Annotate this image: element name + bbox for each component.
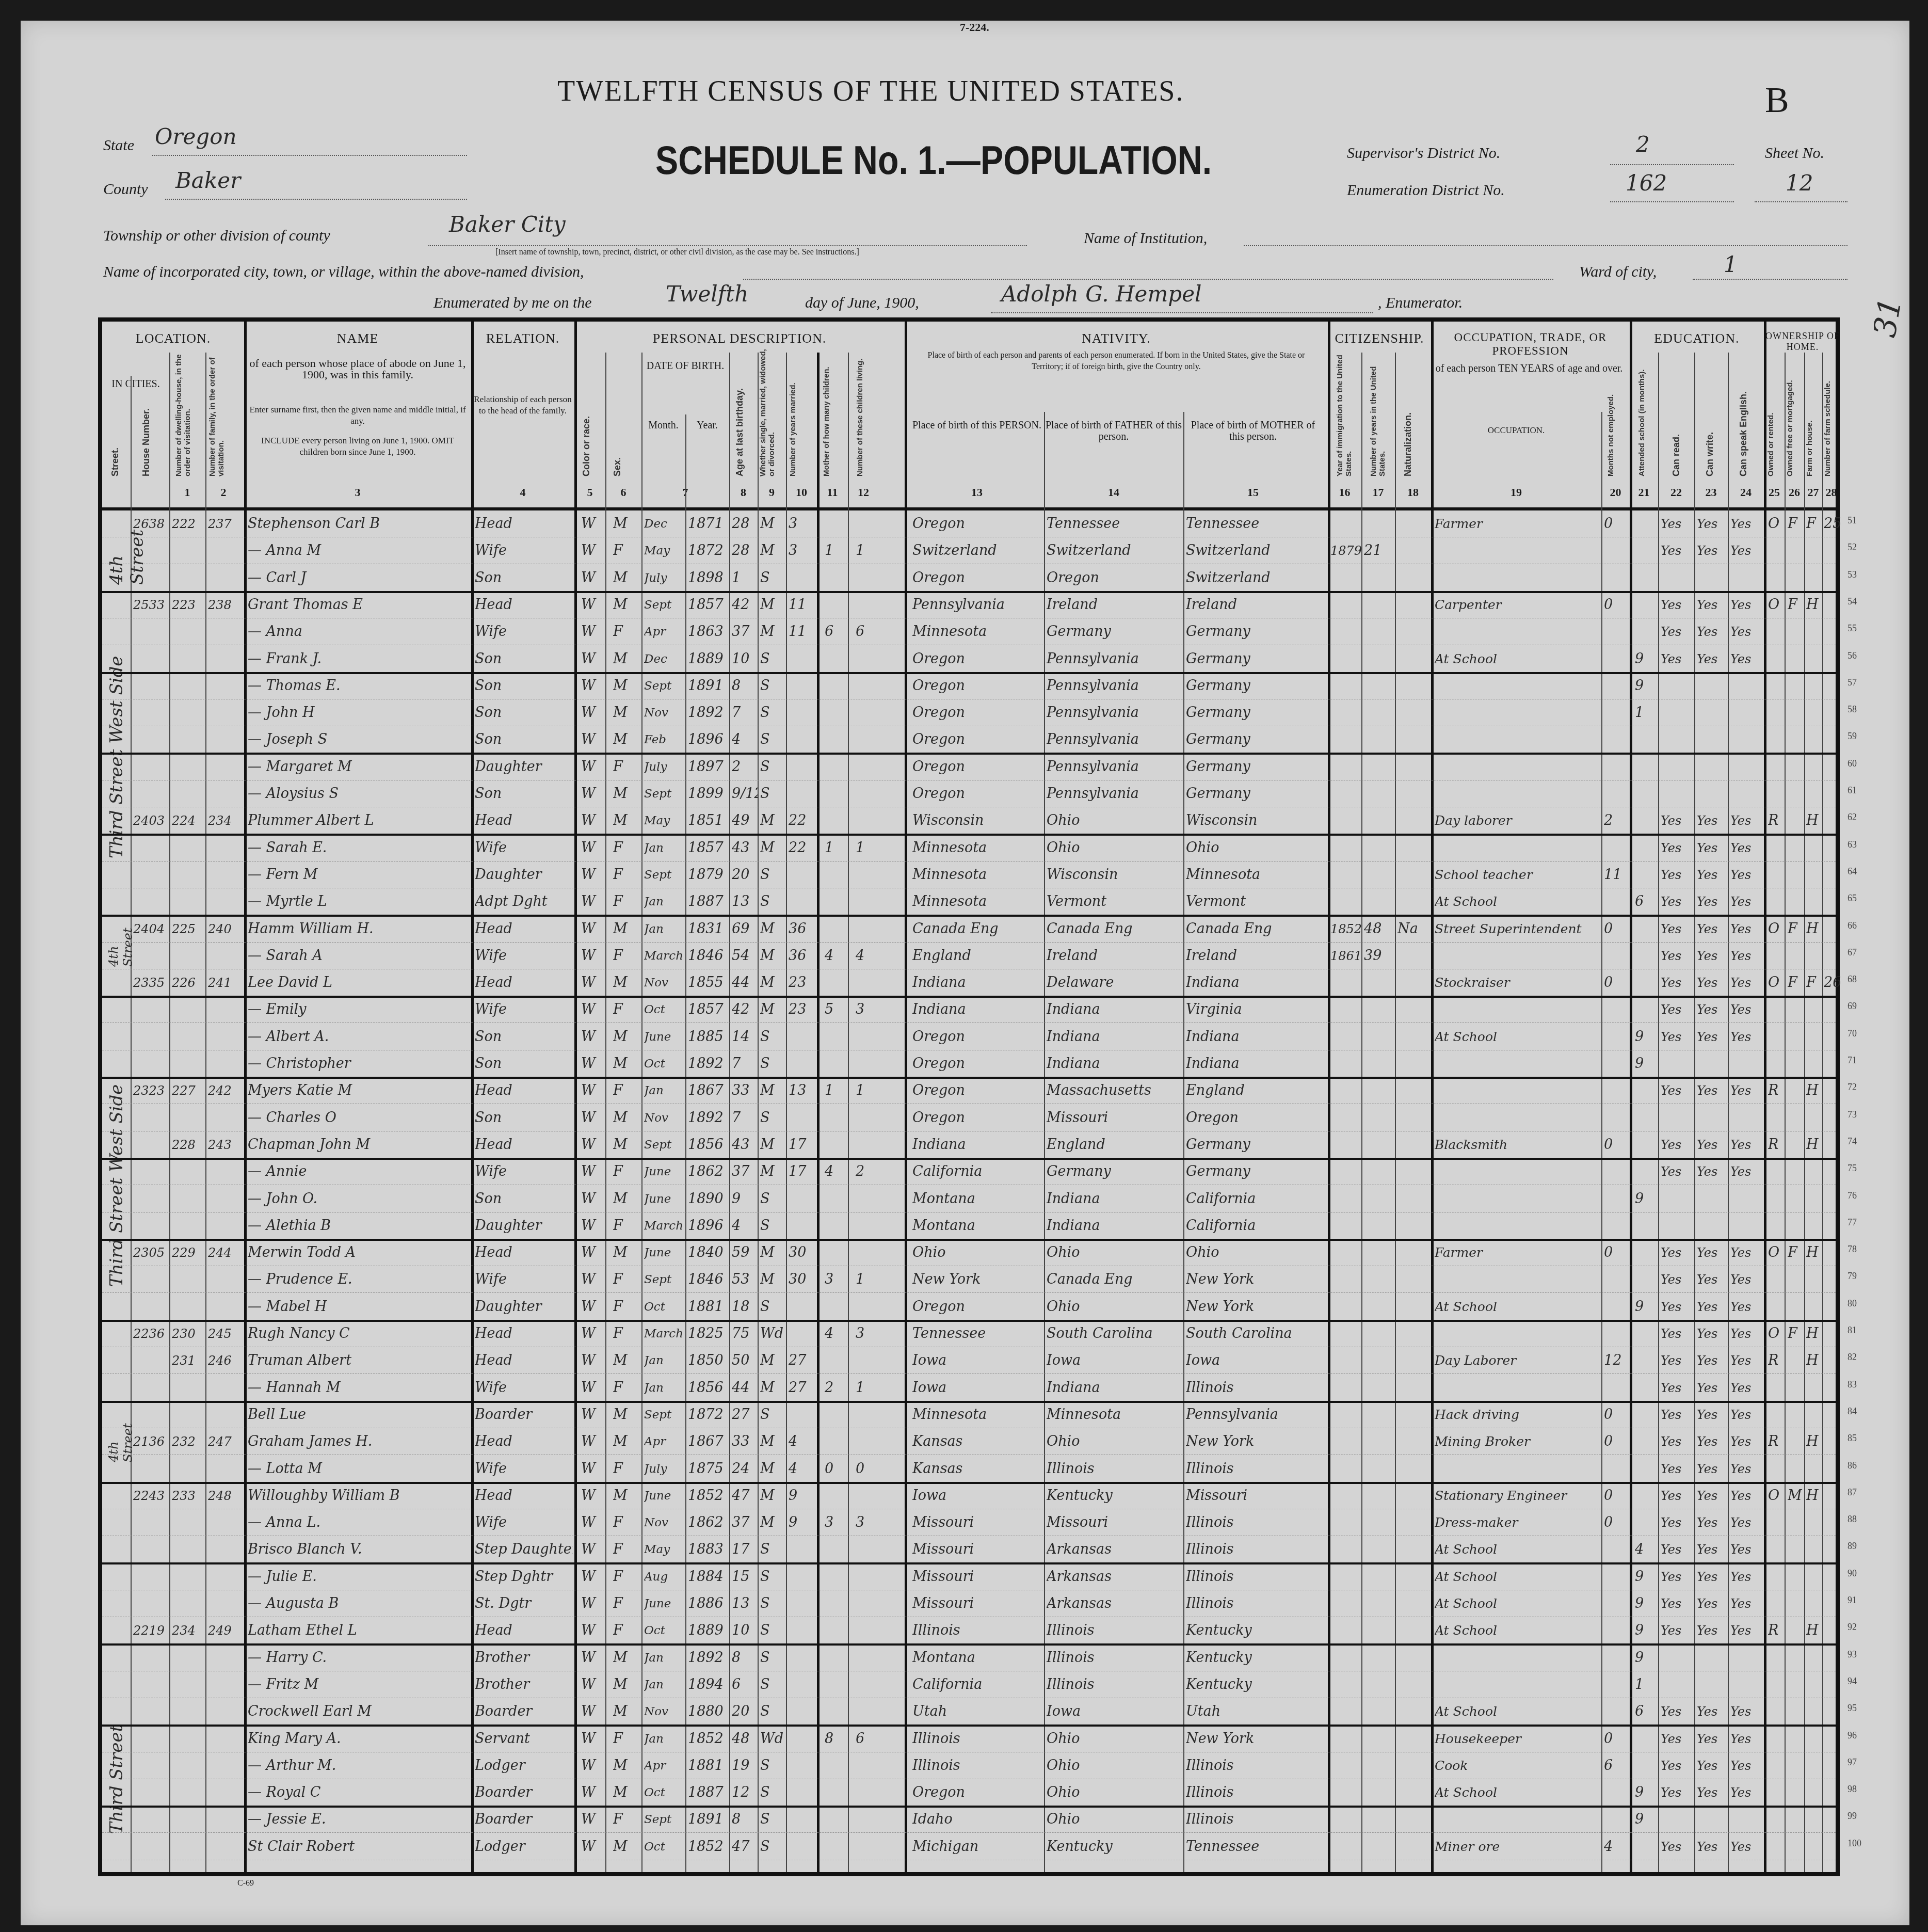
years-in-us (1364, 974, 1395, 992)
sex: F (613, 1217, 639, 1235)
can-read: Yes (1661, 1028, 1694, 1046)
relation: Wife (475, 947, 573, 965)
occupation: Cook (1435, 1757, 1600, 1775)
dwelling-number (172, 1568, 205, 1586)
house-number (133, 1406, 169, 1424)
birthplace-father: Switzerland (1047, 542, 1183, 560)
birth-month: Oct (644, 1622, 685, 1639)
naturalization (1397, 785, 1428, 803)
birthplace-person: Oregon (912, 785, 1044, 803)
birth-month: Jan (644, 893, 685, 911)
free-mortgaged (1788, 1028, 1804, 1046)
farm-schedule (1824, 1595, 1840, 1612)
birthplace-mother: Kentucky (1186, 1676, 1325, 1694)
birthplace-mother: Germany (1186, 731, 1325, 748)
family-number (208, 731, 242, 748)
birthplace-person: Wisconsin (912, 812, 1044, 829)
years-married: 23 (789, 1001, 817, 1018)
birthplace-mother: Illinois (1186, 1811, 1325, 1828)
birth-month: Jan (644, 1730, 685, 1748)
house-number: 2403 (133, 812, 169, 829)
line-number: 52 (1847, 542, 1857, 553)
children-living (856, 1055, 879, 1073)
color: W (581, 1622, 604, 1639)
naturalization (1397, 1217, 1428, 1235)
mother-of-children (825, 1649, 848, 1667)
house-number (133, 1730, 169, 1748)
children-living: 1 (856, 1379, 879, 1397)
family-number: 243 (208, 1136, 242, 1154)
occupation: At School (1435, 1784, 1600, 1801)
color: W (581, 1298, 604, 1316)
months-unemployed (1604, 947, 1630, 965)
ward-label: Ward of city, (1579, 263, 1657, 281)
age: 7 (732, 1109, 758, 1127)
children-living (856, 893, 879, 911)
birthplace-mother: Germany (1186, 1163, 1325, 1180)
occupation (1435, 1460, 1600, 1478)
colnum-12: 12 (848, 486, 879, 499)
marital-status: S (760, 1190, 786, 1208)
farm-schedule (1824, 1568, 1840, 1586)
children-living (856, 1109, 879, 1127)
relation: Daughter (475, 1217, 573, 1235)
birthplace-father: Missouri (1047, 1109, 1183, 1127)
birth-month: Sept (644, 596, 685, 614)
years-married (789, 1568, 817, 1586)
color: W (581, 1649, 604, 1667)
children-living (856, 1595, 879, 1612)
mother-of-children (825, 1676, 848, 1694)
years-in-us: 48 (1364, 920, 1395, 938)
farm-house (1806, 677, 1823, 695)
marital-status: M (760, 1352, 786, 1369)
birthplace-person: Missouri (912, 1541, 1044, 1558)
birthplace-father: Pennsylvania (1047, 758, 1183, 776)
birthplace-mother: New York (1186, 1433, 1325, 1450)
marital-status: S (760, 1568, 786, 1586)
person-name: — Frank J. (248, 650, 470, 668)
school-months (1635, 1217, 1658, 1235)
years-married (789, 893, 817, 911)
dwelling-number: 230 (172, 1325, 205, 1343)
owned-rented: O (1768, 1325, 1785, 1343)
birth-month: March (644, 947, 685, 965)
can-read (1661, 731, 1694, 748)
school-months (1635, 623, 1658, 641)
marital-status: M (760, 623, 786, 641)
colnum-3: 3 (244, 486, 471, 499)
birthplace-mother: Ohio (1186, 1244, 1325, 1262)
can-read: Yes (1661, 1730, 1694, 1748)
mother-of-children (825, 1811, 848, 1828)
line-number: 100 (1847, 1838, 1861, 1849)
dwelling-number (172, 1217, 205, 1235)
table-row: King Mary A. Servant W F Jan 1852 48 Wd … (102, 1725, 1836, 1752)
family-number (208, 893, 242, 911)
sex: F (613, 1325, 639, 1343)
birthplace-father: Ohio (1047, 839, 1183, 857)
can-write (1697, 1190, 1728, 1208)
color: W (581, 1595, 604, 1612)
farm-schedule (1824, 1109, 1840, 1127)
children-living (856, 1568, 879, 1586)
can-read: Yes (1661, 1514, 1694, 1531)
age: 15 (732, 1568, 758, 1586)
family-number (208, 569, 242, 587)
relation: Son (475, 1190, 573, 1208)
naturalization (1397, 1487, 1428, 1505)
naturalization: Na (1397, 920, 1428, 938)
line-number: 65 (1847, 893, 1857, 904)
naturalization (1397, 1325, 1428, 1343)
birthplace-mother: Vermont (1186, 893, 1325, 911)
free-mortgaged (1788, 1406, 1804, 1424)
table-row: 2404 225 240 Hamm William H. Head W M Ja… (102, 915, 1836, 943)
farm-house (1806, 866, 1823, 884)
farm-house: H (1806, 920, 1823, 938)
birthplace-person: Illinois (912, 1730, 1044, 1748)
can-write: Yes (1697, 866, 1728, 884)
can-read: Yes (1661, 866, 1694, 884)
birth-year: 1831 (688, 920, 729, 938)
free-mortgaged (1788, 839, 1804, 857)
birth-month: Jan (644, 1676, 685, 1694)
school-months (1635, 1757, 1658, 1775)
color: W (581, 1163, 604, 1180)
birthplace-father: Ohio (1047, 1811, 1183, 1828)
relation: Wife (475, 1514, 573, 1531)
occupation-sub: OCCUPATION. (1434, 425, 1599, 436)
relation: Head (475, 920, 573, 938)
house-number: 2243 (133, 1487, 169, 1505)
table-row: 2236 230 245 Rugh Nancy C Head W F March… (102, 1320, 1836, 1347)
immigration-year (1330, 1811, 1361, 1828)
months-unemployed (1604, 1163, 1630, 1180)
years-in-us (1364, 569, 1395, 587)
speaks-english: Yes (1730, 1703, 1764, 1720)
years-married (789, 1325, 817, 1343)
months-unemployed (1604, 542, 1630, 560)
marital-status: S (760, 893, 786, 911)
school-months (1635, 758, 1658, 776)
birthplace-mother: Indiana (1186, 1028, 1325, 1046)
colnum-21: 21 (1630, 486, 1658, 499)
immigration-year (1330, 893, 1361, 911)
age: 69 (732, 920, 758, 938)
owned-rented (1768, 1271, 1785, 1288)
farm-schedule (1824, 1838, 1840, 1856)
speaks-english: Yes (1730, 1541, 1764, 1558)
house-number (133, 758, 169, 776)
line-number: 97 (1847, 1757, 1857, 1768)
nativity-desc: Place of birth of each person and parent… (912, 350, 1320, 373)
birthplace-mother: New York (1186, 1271, 1325, 1288)
color: W (581, 623, 604, 641)
can-write: Yes (1697, 1487, 1728, 1505)
can-write (1697, 677, 1728, 695)
family-number: 240 (208, 920, 242, 938)
house-number (133, 650, 169, 668)
can-read (1661, 1811, 1694, 1828)
can-write: Yes (1697, 1298, 1728, 1316)
farm-house (1806, 1163, 1823, 1180)
can-write: Yes (1697, 839, 1728, 857)
can-read: Yes (1661, 1406, 1694, 1424)
line-number: 81 (1847, 1325, 1857, 1336)
dwelling-number (172, 1298, 205, 1316)
naturalization (1397, 839, 1428, 857)
immigration-year (1330, 1082, 1361, 1099)
birth-month: May (644, 1541, 685, 1558)
birth-month: Sept (644, 1136, 685, 1154)
owned-rented (1768, 1406, 1785, 1424)
relation: Son (475, 704, 573, 722)
can-write (1697, 785, 1728, 803)
color: W (581, 1325, 604, 1343)
group-personal: PERSONAL DESCRIPTION. (574, 331, 905, 346)
birth-year: 1880 (688, 1703, 729, 1720)
dwelling-number: 231 (172, 1352, 205, 1369)
relation: Wife (475, 1379, 573, 1397)
birthplace-person: Missouri (912, 1595, 1044, 1612)
farm-house (1806, 1703, 1823, 1720)
years-married (789, 569, 817, 587)
farm-schedule (1824, 1163, 1840, 1180)
school-months (1635, 974, 1658, 992)
speaks-english: Yes (1730, 1433, 1764, 1450)
birth-year: 1852 (688, 1487, 729, 1505)
can-read (1661, 1217, 1694, 1235)
birth-month: Sept (644, 785, 685, 803)
can-read (1661, 1190, 1694, 1208)
color: W (581, 1379, 604, 1397)
line-number: 85 (1847, 1433, 1857, 1444)
free-mortgaged (1788, 893, 1804, 911)
children-living (856, 704, 879, 722)
children-living (856, 596, 879, 614)
person-name: Latham Ethel L (248, 1622, 470, 1639)
school-months (1635, 569, 1658, 587)
immigration-year (1330, 1136, 1361, 1154)
house-number (133, 623, 169, 641)
birthplace-father: Iowa (1047, 1352, 1183, 1369)
mother-of-children (825, 1244, 848, 1262)
owned-rented (1768, 1109, 1785, 1127)
color: W (581, 866, 604, 884)
colnum-15: 15 (1183, 486, 1323, 499)
free-mortgaged: F (1788, 1244, 1804, 1262)
can-read (1661, 1109, 1694, 1127)
house-number (133, 569, 169, 587)
dwelling-number (172, 650, 205, 668)
years-in-us: 21 (1364, 542, 1395, 560)
can-write (1697, 1055, 1728, 1073)
birth-year: 1825 (688, 1325, 729, 1343)
farm-house: H (1806, 1244, 1823, 1262)
free-mortgaged (1788, 1433, 1804, 1450)
age: 33 (732, 1082, 758, 1099)
months-unemployed (1604, 1055, 1630, 1073)
color: W (581, 974, 604, 992)
children-living: 0 (856, 1460, 879, 1478)
house-number (133, 1028, 169, 1046)
can-read: Yes (1661, 1136, 1694, 1154)
birthplace-father: Ohio (1047, 1730, 1183, 1748)
immigration-year (1330, 1514, 1361, 1531)
vh-marital: Whether single, married, widowed, or div… (759, 342, 776, 476)
school-months (1635, 1514, 1658, 1531)
birthplace-father: Indiana (1047, 1028, 1183, 1046)
birth-year: 1850 (688, 1352, 729, 1369)
person-name: Willoughby William B (248, 1487, 470, 1505)
farm-schedule (1824, 1379, 1840, 1397)
group-location: LOCATION. (102, 331, 244, 346)
immigration-year (1330, 1676, 1361, 1694)
occupation (1435, 1325, 1600, 1343)
color: W (581, 1676, 604, 1694)
birthplace-father: Missouri (1047, 1514, 1183, 1531)
line-number: 80 (1847, 1298, 1857, 1309)
years-married: 22 (789, 812, 817, 829)
farm-house (1806, 1595, 1823, 1612)
can-read (1661, 758, 1694, 776)
sex: M (613, 1784, 639, 1801)
owned-rented: O (1768, 1244, 1785, 1262)
can-write: Yes (1697, 974, 1728, 992)
birth-year: 1856 (688, 1379, 729, 1397)
table-row: — Aloysius S Son W M Sept 1899 9/12 S Or… (102, 780, 1836, 807)
table-row: — Anna M Wife W F May 1872 28 M 3 1 1 Sw… (102, 537, 1836, 564)
township-value: Baker City (449, 212, 566, 237)
farm-house (1806, 785, 1823, 803)
can-read: Yes (1661, 893, 1694, 911)
free-mortgaged: M (1788, 1487, 1804, 1505)
line-number: 86 (1847, 1460, 1857, 1471)
birthplace-father: Massachusetts (1047, 1082, 1183, 1099)
years-married (789, 677, 817, 695)
color: W (581, 1568, 604, 1586)
sex: F (613, 1163, 639, 1180)
immigration-year (1330, 515, 1361, 533)
farm-house (1806, 1838, 1823, 1856)
birthplace-mother: Utah (1186, 1703, 1325, 1720)
birthplace-mother: Iowa (1186, 1352, 1325, 1369)
marital-status: S (760, 785, 786, 803)
line-number: 99 (1847, 1811, 1857, 1822)
house-number: 2533 (133, 596, 169, 614)
line-number: 58 (1847, 704, 1857, 715)
birthplace-person: Oregon (912, 731, 1044, 748)
table-row: — Arthur M. Lodger W M Apr 1881 19 S Ill… (102, 1752, 1836, 1779)
person-name: — Albert A. (248, 1028, 470, 1046)
sex: F (613, 1730, 639, 1748)
birthplace-mother: Switzerland (1186, 542, 1325, 560)
farm-schedule (1824, 1649, 1840, 1667)
birthplace-mother: Virginia (1186, 1001, 1325, 1018)
house-number (133, 1055, 169, 1073)
farm-house (1806, 1649, 1823, 1667)
house-number (133, 839, 169, 857)
years-in-us (1364, 1163, 1395, 1180)
school-months (1635, 1487, 1658, 1505)
years-married: 27 (789, 1379, 817, 1397)
years-married: 4 (789, 1433, 817, 1450)
months-unemployed: 4 (1604, 1838, 1630, 1856)
line-number: 94 (1847, 1676, 1857, 1687)
house-number: 2638 (133, 515, 169, 533)
speaks-english: Yes (1730, 947, 1764, 965)
dwelling-number (172, 839, 205, 857)
birthplace-father: Vermont (1047, 893, 1183, 911)
immigration-year (1330, 974, 1361, 992)
table-header: LOCATION. IN CITIES. NAME of each person… (102, 322, 1836, 510)
school-months: 9 (1635, 1028, 1658, 1046)
speaks-english: Yes (1730, 1352, 1764, 1369)
farm-house (1806, 1568, 1823, 1586)
years-married (789, 1838, 817, 1856)
can-read: Yes (1661, 1568, 1694, 1586)
immigration-year (1330, 1649, 1361, 1667)
can-write: Yes (1697, 1568, 1728, 1586)
birthplace-person: Oregon (912, 677, 1044, 695)
birthplace-person: Michigan (912, 1838, 1044, 1856)
birthplace-mother: Germany (1186, 650, 1325, 668)
mother-of-children (825, 1568, 848, 1586)
months-unemployed (1604, 1541, 1630, 1558)
immigration-year (1330, 758, 1361, 776)
line-number: 68 (1847, 974, 1857, 985)
dwelling-number (172, 947, 205, 965)
years-married (789, 1649, 817, 1667)
person-name: — John O. (248, 1190, 470, 1208)
sex: F (613, 1001, 639, 1018)
months-unemployed (1604, 893, 1630, 911)
birthplace-father: Delaware (1047, 974, 1183, 992)
color: W (581, 569, 604, 587)
free-mortgaged: F (1788, 515, 1804, 533)
colnum-16: 16 (1328, 486, 1361, 499)
immigration-year: 1852 (1330, 920, 1361, 938)
birth-year: 1897 (688, 758, 729, 776)
can-read: Yes (1661, 1757, 1694, 1775)
can-read (1661, 1676, 1694, 1694)
birthplace-person: Pennsylvania (912, 596, 1044, 614)
immigration-year (1330, 1622, 1361, 1639)
table-row: 2243 233 248 Willoughby William B Head W… (102, 1482, 1836, 1509)
line-number: 98 (1847, 1784, 1857, 1795)
relation: Son (475, 650, 573, 668)
immigration-year (1330, 569, 1361, 587)
school-months (1635, 1730, 1658, 1748)
color: W (581, 1433, 604, 1450)
birthplace-mother: Germany (1186, 1136, 1325, 1154)
immigration-year (1330, 1541, 1361, 1558)
naturalization (1397, 1460, 1428, 1478)
farm-house (1806, 623, 1823, 641)
school-months (1635, 1109, 1658, 1127)
occupation-desc: of each person TEN YEARS of age and over… (1434, 363, 1625, 374)
birth-month: Aug (644, 1568, 685, 1586)
person-name: — Fritz M (248, 1676, 470, 1694)
birth-year: 1846 (688, 947, 729, 965)
sex: F (613, 893, 639, 911)
years-married: 9 (789, 1487, 817, 1505)
speaks-english: Yes (1730, 1460, 1764, 1478)
house-number (133, 1163, 169, 1180)
naturalization (1397, 1028, 1428, 1046)
speaks-english: Yes (1730, 1595, 1764, 1612)
